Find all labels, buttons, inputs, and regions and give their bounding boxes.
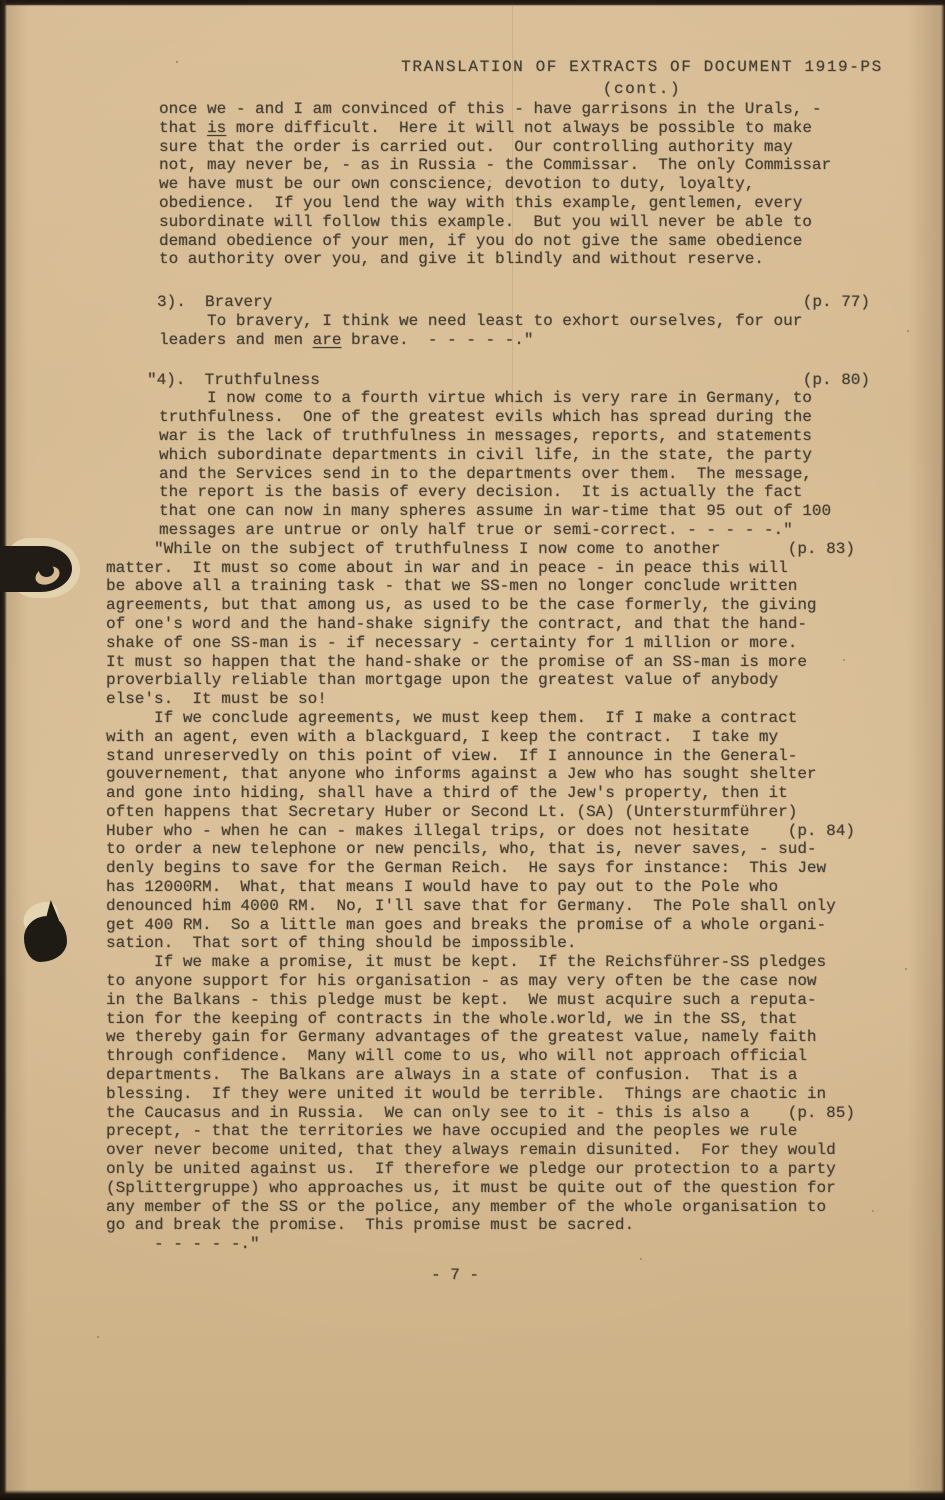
scan-edge-top	[0, 0, 945, 6]
hole-shadow	[0, 546, 72, 592]
scanned-document-page: TRANSLATION OF EXTRACTS OF DOCUMENT 1919…	[0, 0, 945, 1500]
page-content: TRANSLATION OF EXTRACTS OF DOCUMENT 1919…	[0, 0, 945, 1500]
paragraph-bravery: To bravery, I think we need least to exh…	[159, 312, 945, 350]
heading-truthfulness-page-ref: (p. 80)	[803, 371, 870, 390]
paragraph-while-on-subject: "While on the subject of truthfulness I …	[106, 540, 945, 709]
punch-hole-bottom	[18, 899, 76, 967]
scan-edge-right	[941, 0, 945, 1500]
title-line-1: TRANSLATION OF EXTRACTS OF DOCUMENT 1919…	[401, 58, 883, 76]
page-number: - 7 -	[0, 1266, 910, 1285]
scan-edge-bottom	[0, 1490, 945, 1500]
heading-truthfulness-label: "4). Truthfulness	[147, 371, 320, 390]
heading-bravery-page-ref: (p. 77)	[803, 293, 870, 312]
paragraph-obedience: once we - and I am convinced of this - h…	[159, 100, 945, 269]
paragraph-promise: If we make a promise, it must be kept. I…	[106, 953, 945, 1254]
section-heading-bravery: 3). Bravery (p. 77)	[157, 293, 870, 312]
paragraph-truthfulness: I now come to a fourth virtue which is v…	[159, 389, 945, 539]
hole-shadow-dot	[39, 564, 54, 577]
section-heading-truthfulness: "4). Truthfulness (p. 80)	[147, 371, 870, 390]
punch-hole-top	[0, 537, 86, 599]
hole-shadow	[24, 916, 67, 962]
title-line-2: (cont.)	[603, 80, 681, 98]
paragraph-agreements: If we conclude agreements, we must keep …	[106, 709, 945, 953]
document-title: TRANSLATION OF EXTRACTS OF DOCUMENT 1919…	[392, 56, 892, 100]
heading-bravery-label: 3). Bravery	[157, 293, 272, 312]
scan-edge-left	[0, 0, 7, 1500]
